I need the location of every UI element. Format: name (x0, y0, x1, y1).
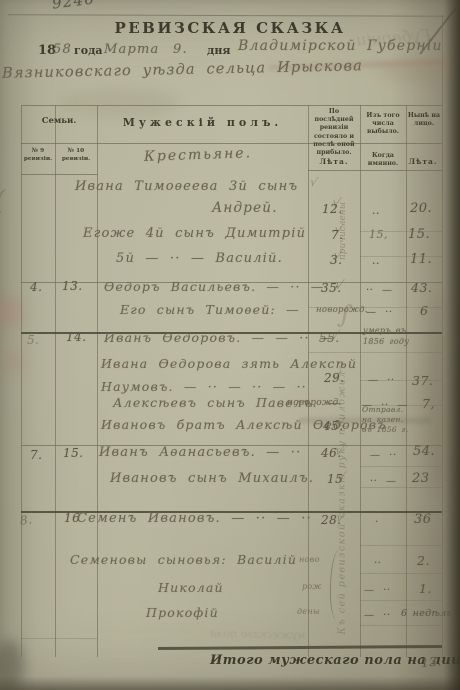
entry-name: Егоже 4й сынъ Димитрій (83, 226, 306, 241)
family-no-10th: 13. (62, 279, 83, 293)
rule (21, 105, 22, 657)
bleedthrough-text: мужескаго пола (210, 627, 307, 642)
total-value: 13. (420, 654, 442, 670)
stain (0, 295, 22, 329)
entry-name: Семеновы сыновья: Василій (70, 552, 297, 567)
rule (308, 170, 442, 171)
entry-name: Иванъ Аѳанасьевъ. — ·· (99, 445, 301, 460)
page-edge-bottom (0, 676, 460, 690)
family-no-9th: 7. (30, 448, 42, 462)
departed-note: ·· (372, 207, 380, 220)
rule (21, 105, 442, 106)
header-family-sub-10: № 10 ревизіи. (56, 148, 96, 163)
departed-note: — ·· (368, 375, 395, 386)
age-now: 20. (410, 201, 432, 216)
departed-note: 1856 году (363, 337, 409, 346)
age-now: 54. (413, 444, 435, 459)
age-previous-note: дены (297, 607, 320, 616)
entry-name: Иванъ Ѳедоровъ. — — ·· — (104, 330, 334, 345)
rule (360, 466, 442, 467)
departed-note: на казен. (362, 415, 403, 424)
scanned-revision-list-page: Губерніи мужескаго пола 9246 РЕВИЗСКАЯ С… (0, 0, 460, 690)
rule (406, 105, 407, 657)
age-now: 11. (410, 252, 432, 267)
header-last-revision: По послѣдней ревизіи состояло и послѣ он… (310, 108, 358, 157)
departed-note: ·· (372, 257, 380, 270)
header-male-sex: Мужескій полъ. (97, 116, 308, 130)
year-handwritten: 58 (53, 42, 72, 57)
rule (360, 105, 361, 657)
entry-name: Николай (158, 580, 224, 595)
header-departed: Изъ того числа выбыло. (361, 112, 405, 137)
header-years-sub-1: Лѣта. (308, 157, 360, 167)
rule (21, 174, 97, 175)
header-years-sub-2: Лѣта. (406, 157, 440, 167)
rule (360, 573, 442, 574)
departed-note: 15, (369, 228, 388, 241)
header-family: Семьи. (21, 116, 97, 127)
age-now: 6 (420, 303, 428, 318)
family-no-9th: 4. (30, 280, 42, 294)
departed-note: ·· — (370, 476, 397, 487)
departed-note: — ·· (364, 585, 391, 596)
age-now: 23 (412, 471, 430, 486)
age-now: 7, (422, 396, 435, 411)
ink-flourish-mark: √ (308, 174, 319, 189)
month-handwritten: Марта (104, 42, 159, 57)
age-now: 6 недѣль (401, 608, 452, 619)
rule (360, 545, 442, 546)
departed-note: Отправл. (362, 405, 403, 414)
entry-name: Семенъ Ивановъ. — ·· — ·· (77, 511, 312, 526)
rule (55, 105, 56, 657)
entry-name: Ивана Тимоѳеева 3й сынъ (75, 179, 298, 194)
day-handwritten: 9. (173, 42, 188, 57)
entry-name: Его сынъ Тимоѳей: — (120, 302, 300, 317)
entry-name: Андрей. (212, 200, 278, 216)
departed-note: — ·· (370, 450, 397, 461)
header-present: Нынѣ на лицо. (407, 112, 441, 128)
rule (360, 600, 442, 601)
age-now: 36 (414, 512, 432, 527)
entry-name: Прокофій (146, 605, 219, 620)
header-when-exactly-sub: Когда имянно. (362, 152, 404, 168)
entry-name: Ивана Ѳедорова зять Алексѣй (101, 356, 357, 371)
printed-goda: года (74, 44, 103, 57)
entry-name: Ѳедоръ Васильевъ. — ·· — · (104, 279, 340, 294)
rule (360, 625, 442, 626)
departed-note: умеръ въ (363, 326, 406, 335)
family-no-10th: 14. (66, 330, 87, 344)
page-title: РЕВИЗСКАЯ СКАЗКА (0, 19, 460, 37)
age-now: 1. (419, 581, 432, 596)
stain (425, 290, 451, 490)
printed-dnya: дня (207, 44, 231, 57)
province-handwritten: Владимірской Губерніи (238, 38, 443, 54)
rule (442, 15, 443, 657)
age-previous-note: рож (302, 582, 322, 591)
rule (308, 352, 442, 353)
departed-note: · (375, 517, 379, 528)
ink-flourish-mark: ( (0, 186, 5, 216)
header-family-sub-9: № 9 ревизіи. (22, 148, 54, 163)
age-now: 37. (412, 373, 433, 388)
departed-note: ·· — (366, 285, 393, 296)
rule (360, 487, 442, 488)
entry-name: Наумовъ. — ·· — ·· — ·· (101, 379, 307, 394)
rule-top-border (8, 14, 444, 17)
age-now: 15. (408, 227, 430, 242)
family-no-9th: 5. (27, 333, 39, 347)
rule (21, 143, 442, 144)
age-previous-note: новорожд. (287, 398, 342, 408)
entry-name: Ивановъ сынъ Михаилъ. (110, 471, 314, 486)
rule-total (158, 645, 442, 649)
place-line-handwritten: Вязниковскаго уѣзда сельца Ирыскова (2, 58, 363, 82)
age-previous-note: ново (299, 555, 320, 564)
departed-note: въ 1856 г. (362, 425, 408, 434)
departed-note: — ·· (364, 610, 391, 621)
family-no-9th: 8. (19, 512, 33, 528)
family-no-10th: 15. (63, 446, 84, 460)
section-heading: Крестьяне. (144, 145, 253, 165)
ink-flourish-mark: ∫ (336, 299, 354, 331)
departed-note: ·· (374, 558, 381, 569)
stain (60, 88, 180, 118)
age-now: 43. (411, 280, 432, 295)
rule (21, 638, 97, 639)
age-now: 2. (417, 553, 430, 568)
pencil-note: 9246 (51, 0, 96, 13)
entry-name: 5й — ·· — Василій. (116, 251, 283, 266)
departed-note: — ·· (366, 307, 393, 318)
